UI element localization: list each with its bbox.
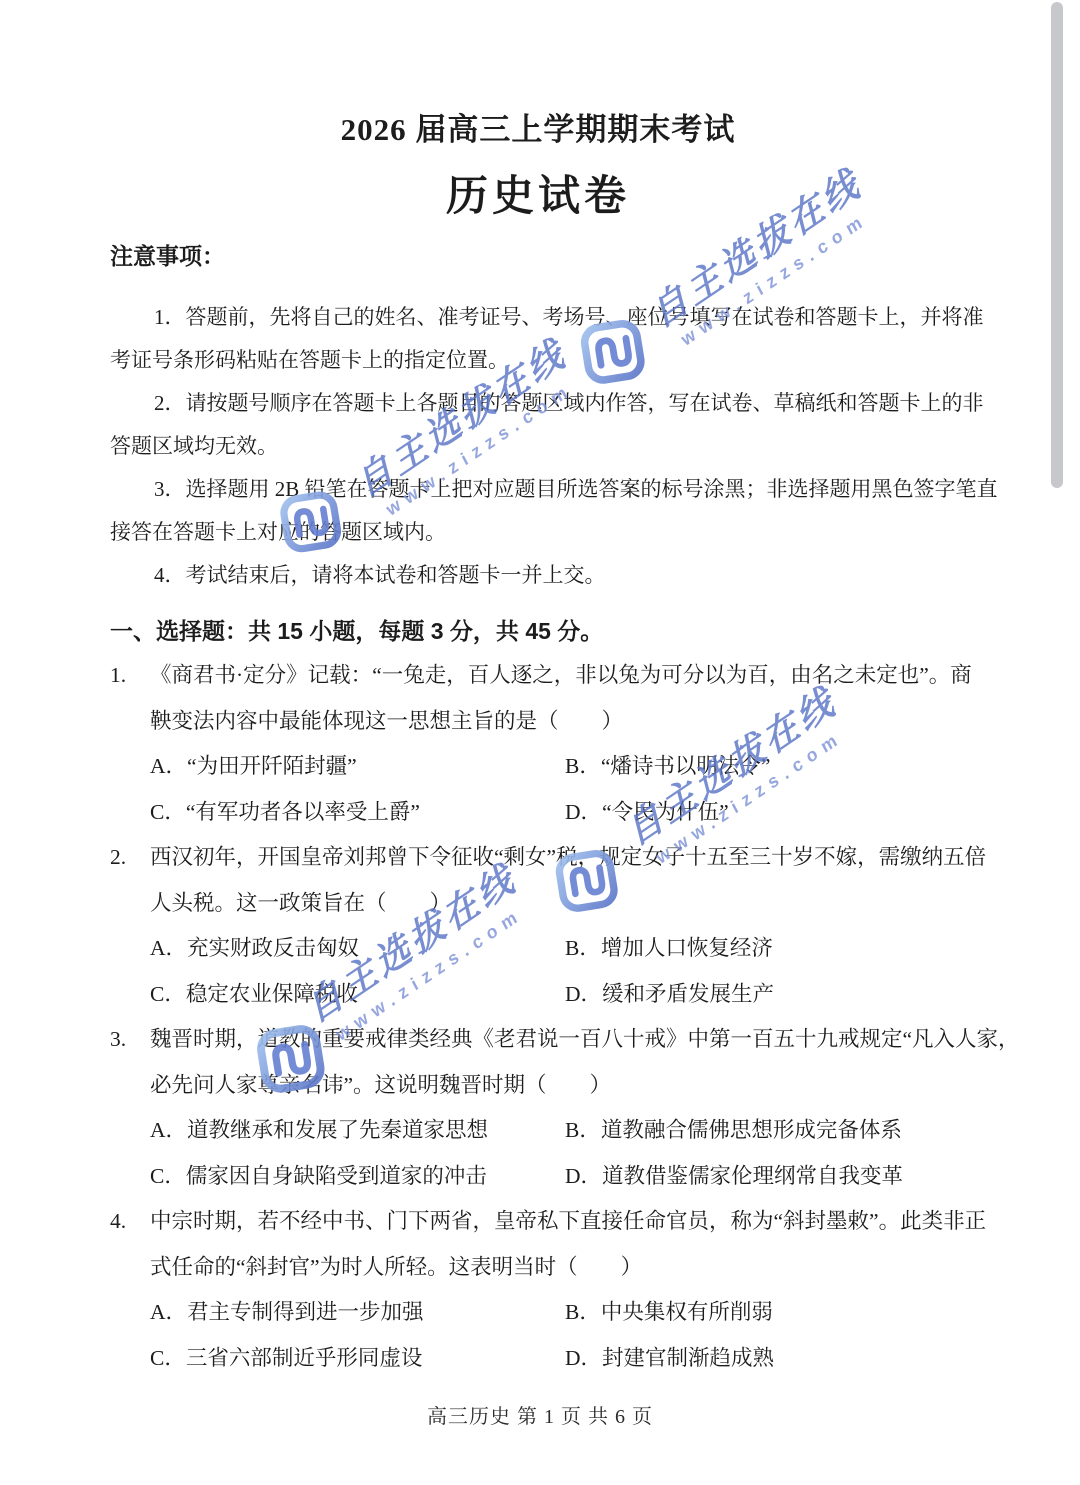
question-stem-line: 魏晋时期，道教的重要戒律类经典《老君说一百八十戒》中第一百五十九戒规定“凡入人家… <box>150 1017 966 1063</box>
option-b: B．“燔诗书以明法令” <box>565 744 966 790</box>
question-stem-line: 鞅变法内容中最能体现这一思想主旨的是（ ） <box>150 699 966 745</box>
question-number: 1. <box>110 653 150 835</box>
notice-line: 1．答题前，先将自己的姓名、准考证号、考场号、座位号填写在试卷和答题卡上，并将准 <box>110 296 966 339</box>
notice-heading: 注意事项： <box>110 242 966 270</box>
option-c: C．稳定农业保障税收 <box>150 972 565 1018</box>
footer-page-info: 高三历史 第 1 页 共 6 页 <box>0 1400 1080 1429</box>
notice-line: 答题区域均无效。 <box>110 425 966 468</box>
question-2: 2. 西汉初年，开国皇帝刘邦曾下令征收“剩女”税，规定女子十五至三十岁不嫁，需缴… <box>110 835 966 1017</box>
option-a: A．道教继承和发展了先秦道家思想 <box>150 1108 565 1154</box>
option-c: C．三省六部制近乎形同虚设 <box>150 1336 565 1382</box>
option-d: D．“令民为什伍” <box>565 790 966 836</box>
page-title: 2026 届高三上学期期末考试 <box>110 112 966 148</box>
option-a: A．“为田开阡陌封疆” <box>150 744 565 790</box>
question-1: 1. 《商君书·定分》记载：“一兔走，百人逐之，非以兔为可分以为百，由名之未定也… <box>110 653 966 835</box>
exam-page: 2026 届高三上学期期末考试 历史试卷 注意事项： 1．答题前，先将自己的姓名… <box>110 0 966 1381</box>
option-b: B．中央集权有所削弱 <box>565 1290 966 1336</box>
option-a: A．君主专制得到进一步加强 <box>150 1290 565 1336</box>
question-stem-line: 必先问人家尊亲名讳”。这说明魏晋时期（ ） <box>150 1063 966 1109</box>
page-subtitle: 历史试卷 <box>110 174 966 220</box>
option-c: C．儒家因自身缺陷受到道家的冲击 <box>150 1154 565 1200</box>
option-b: B．道教融合儒佛思想形成完备体系 <box>565 1108 966 1154</box>
question-stem-line: 《商君书·定分》记载：“一兔走，百人逐之，非以兔为可分以为百，由名之未定也”。商 <box>150 653 966 699</box>
question-stem-line: 式任命的“斜封官”为时人所轻。这表明当时（ ） <box>150 1245 966 1291</box>
option-c: C．“有军功者各以率受上爵” <box>150 790 565 836</box>
question-stem-line: 中宗时期，若不经中书、门下两省，皇帝私下直接任命官员，称为“斜封墨敕”。此类非正 <box>150 1199 966 1245</box>
question-stem-line: 西汉初年，开国皇帝刘邦曾下令征收“剩女”税，规定女子十五至三十岁不嫁，需缴纳五倍 <box>150 835 966 881</box>
option-a: A．充实财政反击匈奴 <box>150 926 565 972</box>
option-d: D．道教借鉴儒家伦理纲常自我变革 <box>565 1154 966 1200</box>
notice-line: 2．请按题号顺序在答题卡上各题目的答题区域内作答，写在试卷、草稿纸和答题卡上的非 <box>110 382 966 425</box>
option-b: B．增加人口恢复经济 <box>565 926 966 972</box>
option-d: D．封建官制渐趋成熟 <box>565 1336 966 1382</box>
option-d: D．缓和矛盾发展生产 <box>565 972 966 1018</box>
notice-line: 接答在答题卡上对应的答题区域内。 <box>110 511 966 554</box>
scrollbar-thumb[interactable] <box>1051 2 1063 488</box>
question-stem-line: 人头税。这一政策旨在（ ） <box>150 881 966 927</box>
question-number: 3. <box>110 1017 150 1199</box>
question-number: 4. <box>110 1199 150 1381</box>
question-number: 2. <box>110 835 150 1017</box>
question-3: 3. 魏晋时期，道教的重要戒律类经典《老君说一百八十戒》中第一百五十九戒规定“凡… <box>110 1017 966 1199</box>
notice-line: 4．考试结束后，请将本试卷和答题卡一并上交。 <box>110 554 966 597</box>
notice-line: 考证号条形码粘贴在答题卡上的指定位置。 <box>110 339 966 382</box>
section-heading: 一、选择题：共 15 小题，每题 3 分，共 45 分。 <box>110 609 966 653</box>
question-4: 4. 中宗时期，若不经中书、门下两省，皇帝私下直接任命官员，称为“斜封墨敕”。此… <box>110 1199 966 1381</box>
notice-line: 3．选择题用 2B 铅笔在答题卡上把对应题目所选答案的标号涂黑；非选择题用黑色签… <box>110 468 966 511</box>
